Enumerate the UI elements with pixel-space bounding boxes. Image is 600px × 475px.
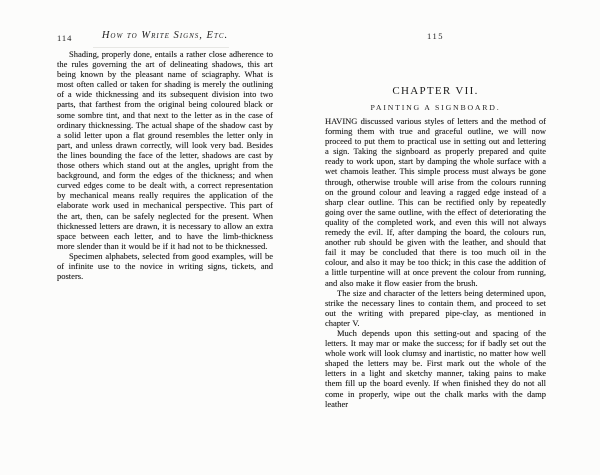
paragraph: Specimen alphabets, selected from good e… xyxy=(57,251,273,281)
left-page: 114 How to Write Signs, Etc. Shading, pr… xyxy=(57,0,273,475)
paragraph: Much depends upon this setting-out and s… xyxy=(325,328,546,409)
right-page: 115 CHAPTER VII. PAINTING A SIGNBOARD. H… xyxy=(325,0,546,475)
running-title: How to Write Signs, Etc. xyxy=(57,30,273,41)
right-page-body: HAVING discussed various styles of lette… xyxy=(325,116,546,409)
chapter-heading: CHAPTER VII. xyxy=(325,85,546,97)
paragraph: HAVING discussed various styles of lette… xyxy=(325,116,546,288)
running-title-rule xyxy=(93,47,229,48)
page-number: 115 xyxy=(325,31,546,41)
paragraph: The size and character of the letters be… xyxy=(325,288,546,328)
left-page-body: Shading, properly done, entails a rather… xyxy=(57,49,273,281)
paragraph: Shading, properly done, entails a rather… xyxy=(57,49,273,251)
chapter-subheading: PAINTING A SIGNBOARD. xyxy=(325,103,546,112)
